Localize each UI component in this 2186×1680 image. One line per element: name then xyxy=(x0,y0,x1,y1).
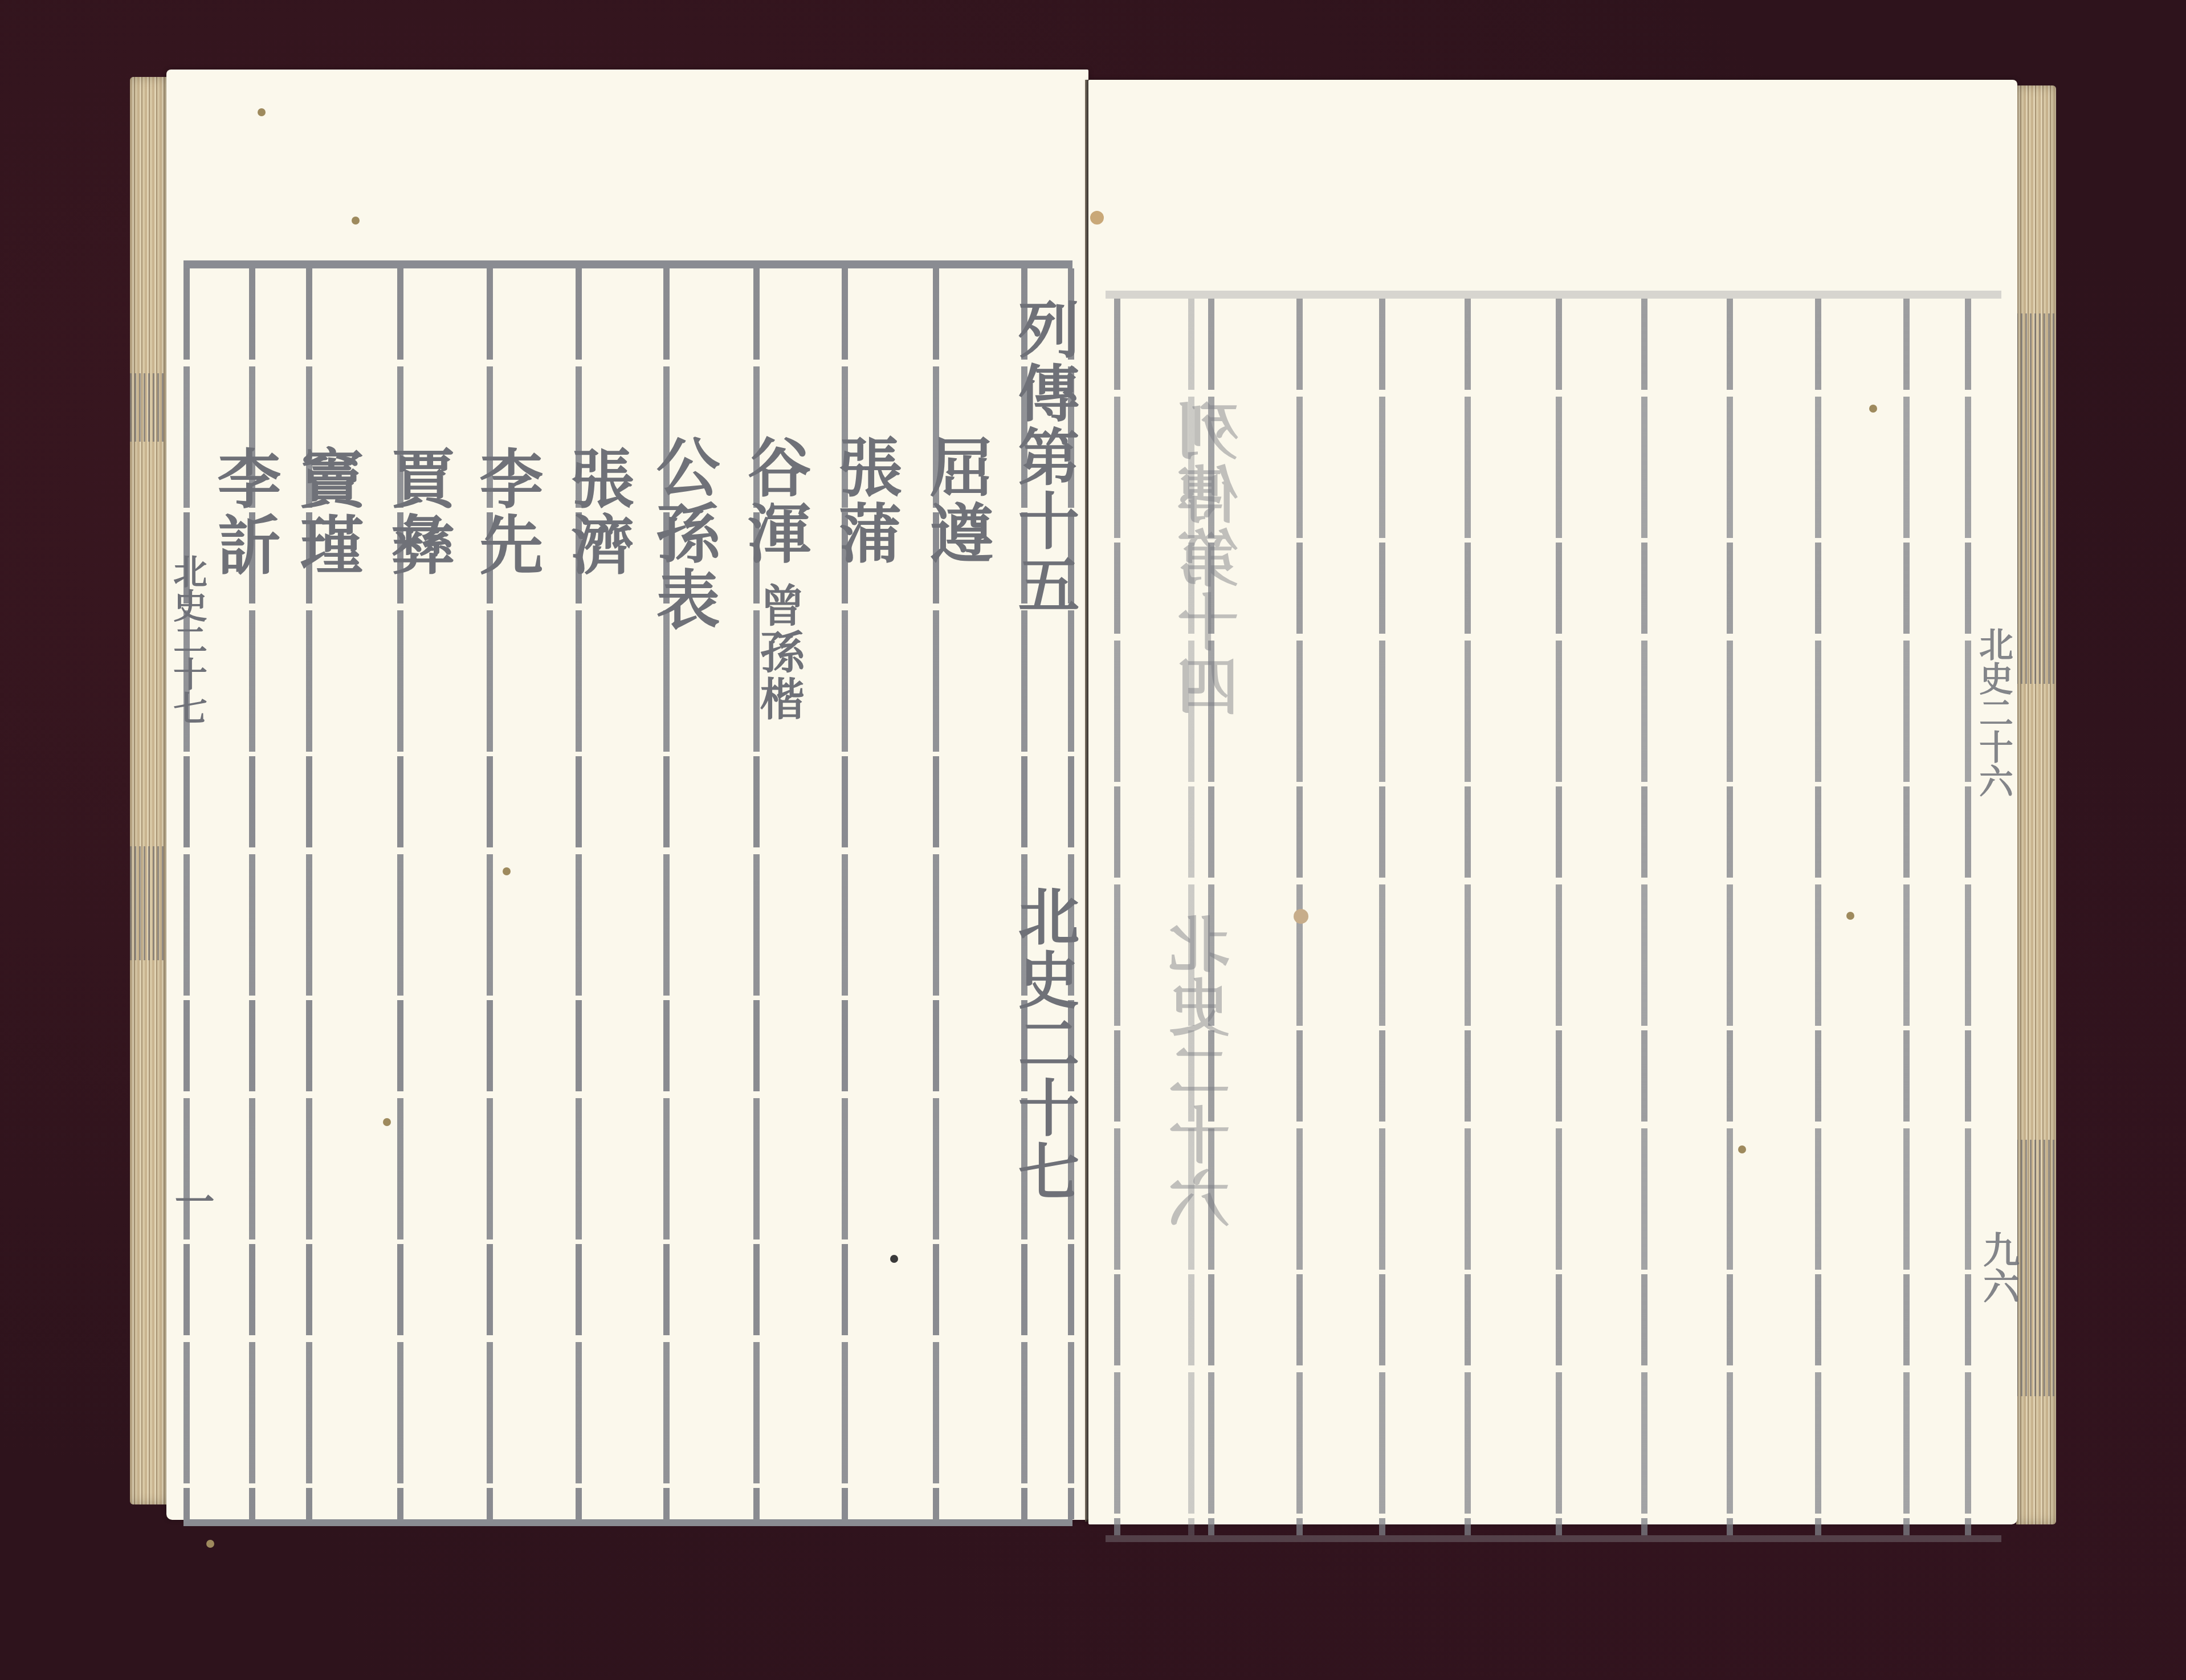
entry-name: 賈彝 xyxy=(386,446,450,578)
entry-name: 李訢 xyxy=(212,446,276,578)
entry-name: 張蒲 xyxy=(833,434,897,566)
source-note: 北史二十七 xyxy=(1013,884,1074,1204)
chapter-heading: 列傳第十五 xyxy=(1013,297,1074,617)
margin-label: 北史二十七 xyxy=(163,554,212,725)
left-page-stack-edge xyxy=(130,77,168,1504)
bleed-through-heading: 列傳第十四 xyxy=(1182,399,1244,718)
right-page-stack-edge xyxy=(2016,85,2056,1524)
bleed-through-source-note: 北史二十六 xyxy=(1174,912,1235,1231)
edge-ink-mark xyxy=(2016,313,2056,684)
entry-note: 曾孫楷 xyxy=(756,582,801,723)
margin-label: 北史二十六 xyxy=(1969,627,2018,798)
edge-ink-mark xyxy=(130,846,168,960)
entry-name: 張濟 xyxy=(565,446,629,578)
entry-name: 谷渾 xyxy=(742,434,806,566)
entry-name: 李先 xyxy=(474,446,538,578)
entry-name: 竇瑾 xyxy=(295,446,358,578)
edge-ink-mark xyxy=(130,373,168,442)
right-page: 列傳第十四 北史二十六 北史二十六 九六 xyxy=(1088,80,2017,1524)
entry-name: 公孫表 xyxy=(651,434,715,633)
margin-page-number: 一 xyxy=(163,1181,221,1221)
margin-page-number: 九六 xyxy=(1972,1231,2024,1304)
entry-name: 屈遵 xyxy=(924,434,988,566)
left-page: 列傳第十五 北史二十七 屈遵 張蒲 谷渾 曾孫楷 公孫表 張濟 李先 賈彝 竇瑾… xyxy=(166,70,1088,1520)
